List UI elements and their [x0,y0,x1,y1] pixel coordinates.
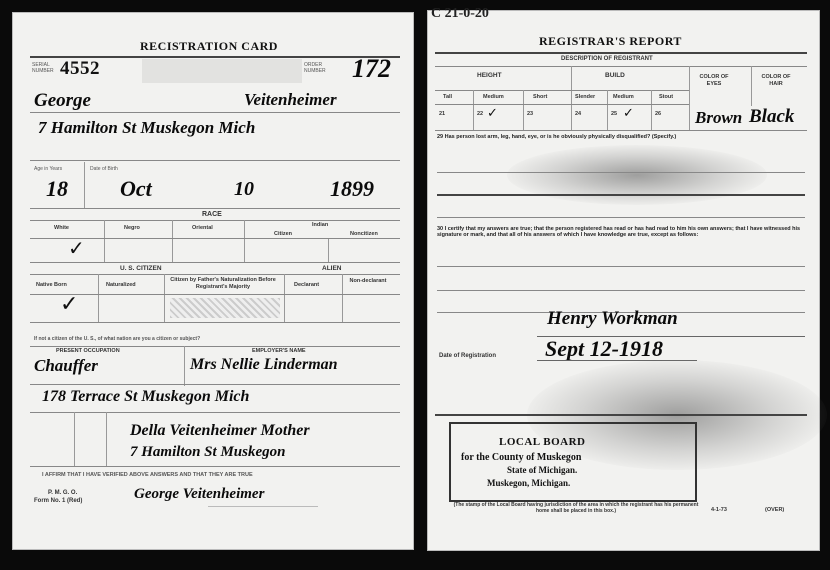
hair-color: Black [749,106,794,128]
nearest-relative-name: Della Veitenheimer Mother [130,422,310,440]
build-num-slender: 24 [575,111,581,117]
form-code: 4-1-73 [711,507,727,513]
affirm-statement: I AFFIRM THAT I HAVE VERIFIED ABOVE ANSW… [42,472,253,478]
dob-month: Oct [120,176,152,202]
race-col-indian: Indian [312,222,328,228]
alien-header: ALIEN [322,265,342,272]
card-title: RECISTRATION CARD [140,39,278,54]
age-value: 18 [46,176,68,202]
nation-question: If not a citizen of the U. S., of what n… [34,336,200,342]
board-title: LOCAL BOARD [499,436,586,448]
report-title: REGISTRAR'S REPORT [539,34,682,49]
order-number: 172 [352,54,391,84]
build-medium-check: ✓ [623,106,634,121]
height-num-short: 23 [527,111,533,117]
height-col-medium: Medium [483,94,504,100]
blank-field [142,59,302,83]
dob-label: Date of Birth [90,166,118,172]
age-label: Age in Years [34,166,62,172]
home-address: 7 Hamilton St Muskegon Mich [38,118,255,138]
registrar-signature: Henry Workman [547,308,678,330]
citizen-col-native: Native Born [36,282,67,288]
occupation-header: PRESENT OCCUPATION [56,348,120,354]
nearest-relative-address: 7 Hamilton St Muskegon [130,444,285,461]
board-city: Muskegon, Michigan. [487,478,570,488]
registration-card: RECISTRATION CARD SERIAL NUMBER 4552 ORD… [12,12,414,550]
build-header: BUILD [605,72,625,79]
registration-date: Sept 12-1918 [545,336,663,362]
last-name: Veitenheimer [244,90,337,110]
board-note: (The stamp of the Local Board having jur… [451,502,701,514]
serial-label: SERIAL NUMBER [32,62,60,74]
dob-day: 10 [234,178,254,201]
eyes-header: COLOR OF EYES [699,74,729,88]
eye-color: Brown [695,108,742,128]
height-num-tall: 21 [439,111,445,117]
form-id-1: P. M. G. O. [48,490,77,496]
registrant-signature: George Veitenheimer [134,486,264,503]
smudged-field [170,298,280,318]
race-col-oriental: Oriental [192,225,213,231]
employer-name: Mrs Nellie Linderman [190,356,338,374]
citizen-col-father: Citizen by Father's Naturalization Befor… [168,277,278,291]
race-col-negro: Negro [124,225,140,231]
citizen-col-naturalized: Naturalized [106,282,136,288]
date-label: Date of Registration [439,353,496,359]
build-num-medium: 25 [611,111,617,117]
board-state: State of Michigan. [507,465,577,475]
employer-header: EMPLOYER'S NAME [252,348,306,354]
native-born-check: ✓ [60,292,78,317]
question-30: 30 I certify that my answers are true; t… [437,226,807,238]
build-num-stout: 26 [655,111,661,117]
citizen-header: U. S. CITIZEN [120,265,162,272]
height-medium-check: ✓ [487,106,498,121]
dob-year: 1899 [330,176,374,202]
serial-number: 4552 [60,58,100,80]
race-col-white: White [54,225,69,231]
question-29: 29 Has person lost arm, leg, hand, eye, … [437,134,807,140]
height-col-short: Short [533,94,547,100]
build-col-stout: Stout [659,94,673,100]
race-col-citizen: Citizen [274,231,292,237]
over-label: (OVER) [765,507,784,513]
hair-header: COLOR OF HAIR [761,74,791,88]
alien-col-declarant: Declarant [294,282,319,288]
form-id-2: Form No. 1 (Red) [34,498,82,504]
race-col-noncitizen: Noncitizen [350,231,378,237]
employment-address: 178 Terrace St Muskegon Mich [42,388,249,406]
height-num-medium: 22 [477,111,483,117]
race-header: RACE [202,211,222,218]
registrars-report-card: C 21-0-20 REGISTRAR'S REPORT DESCRIPTION… [427,10,820,551]
smudge [507,145,767,205]
first-name: George [34,90,91,112]
height-col-tall: Tall [443,94,452,100]
file-stamp: C 21-0-20 [431,6,489,22]
occupation-value: Chauffer [34,356,98,376]
build-col-slender: Slender [575,94,595,100]
race-white-check: ✓ [68,236,85,260]
height-header: HEIGHT [477,72,502,79]
build-col-medium: Medium [613,94,634,100]
board-county: for the County of Muskegon [461,452,581,463]
description-header: DESCRIPTION OF REGISTRANT [561,56,653,62]
order-label: ORDER NUMBER [304,62,334,74]
alien-col-nondeclarant: Non-declarant [348,278,388,285]
